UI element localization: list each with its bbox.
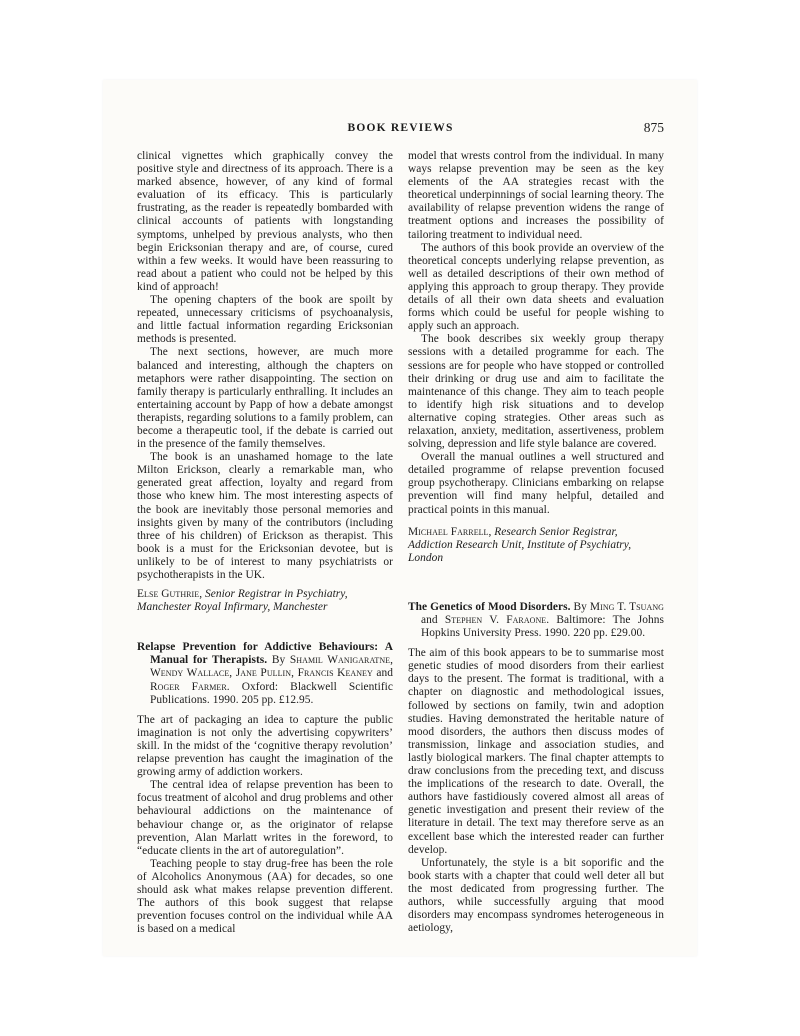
body-paragraph: The book is an unashamed homage to the l… [137, 451, 393, 582]
review-citation: The Genetics of Mood Disorders. By Ming … [408, 601, 664, 640]
body-paragraph: Overall the manual outlines a well struc… [408, 451, 664, 516]
body-paragraph: Teaching people to stay drug-free has be… [137, 858, 393, 937]
body-paragraph: model that wrests control from the indiv… [408, 150, 664, 242]
body-paragraph: The authors of this book provide an over… [408, 242, 664, 334]
right-column: model that wrests control from the indiv… [408, 150, 664, 936]
body-paragraph: The aim of this book appears to be to su… [408, 647, 664, 857]
review-citation: Relapse Prevention for Addictive Behavio… [137, 641, 393, 706]
section-title: BOOK REVIEWS [347, 122, 453, 134]
body-paragraph: The opening chapters of the book are spo… [137, 294, 393, 346]
body-paragraph: clinical vignettes which graphically con… [137, 150, 393, 294]
reviewer-signature: Else Guthrie, Senior Registrar in Psychi… [137, 588, 393, 614]
body-paragraph: The book describes six weekly group ther… [408, 333, 664, 451]
page-number: 875 [644, 120, 664, 136]
two-column-text: clinical vignettes which graphically con… [137, 150, 664, 936]
reviewer-affiliation: Addiction Research Unit, Institute of Ps… [408, 539, 664, 565]
journal-page: BOOK REVIEWS 875 clinical vignettes whic… [103, 80, 697, 956]
reviewer-affiliation: Manchester Royal Infirmary, Manchester [137, 601, 393, 614]
body-paragraph: Unfortunately, the style is a bit sopori… [408, 857, 664, 936]
left-column: clinical vignettes which graphically con… [137, 150, 393, 936]
reviewer-name-role: Else Guthrie, Senior Registrar in Psychi… [137, 588, 393, 601]
body-paragraph: The central idea of relapse prevention h… [137, 779, 393, 858]
reviewer-name-role: Michael Farrell, Research Senior Registr… [408, 526, 664, 539]
reviewer-signature: Michael Farrell, Research Senior Registr… [408, 526, 664, 565]
body-paragraph: The next sections, however, are much mor… [137, 346, 393, 451]
body-paragraph: The art of packaging an idea to capture … [137, 714, 393, 779]
running-head: BOOK REVIEWS 875 [137, 122, 664, 138]
